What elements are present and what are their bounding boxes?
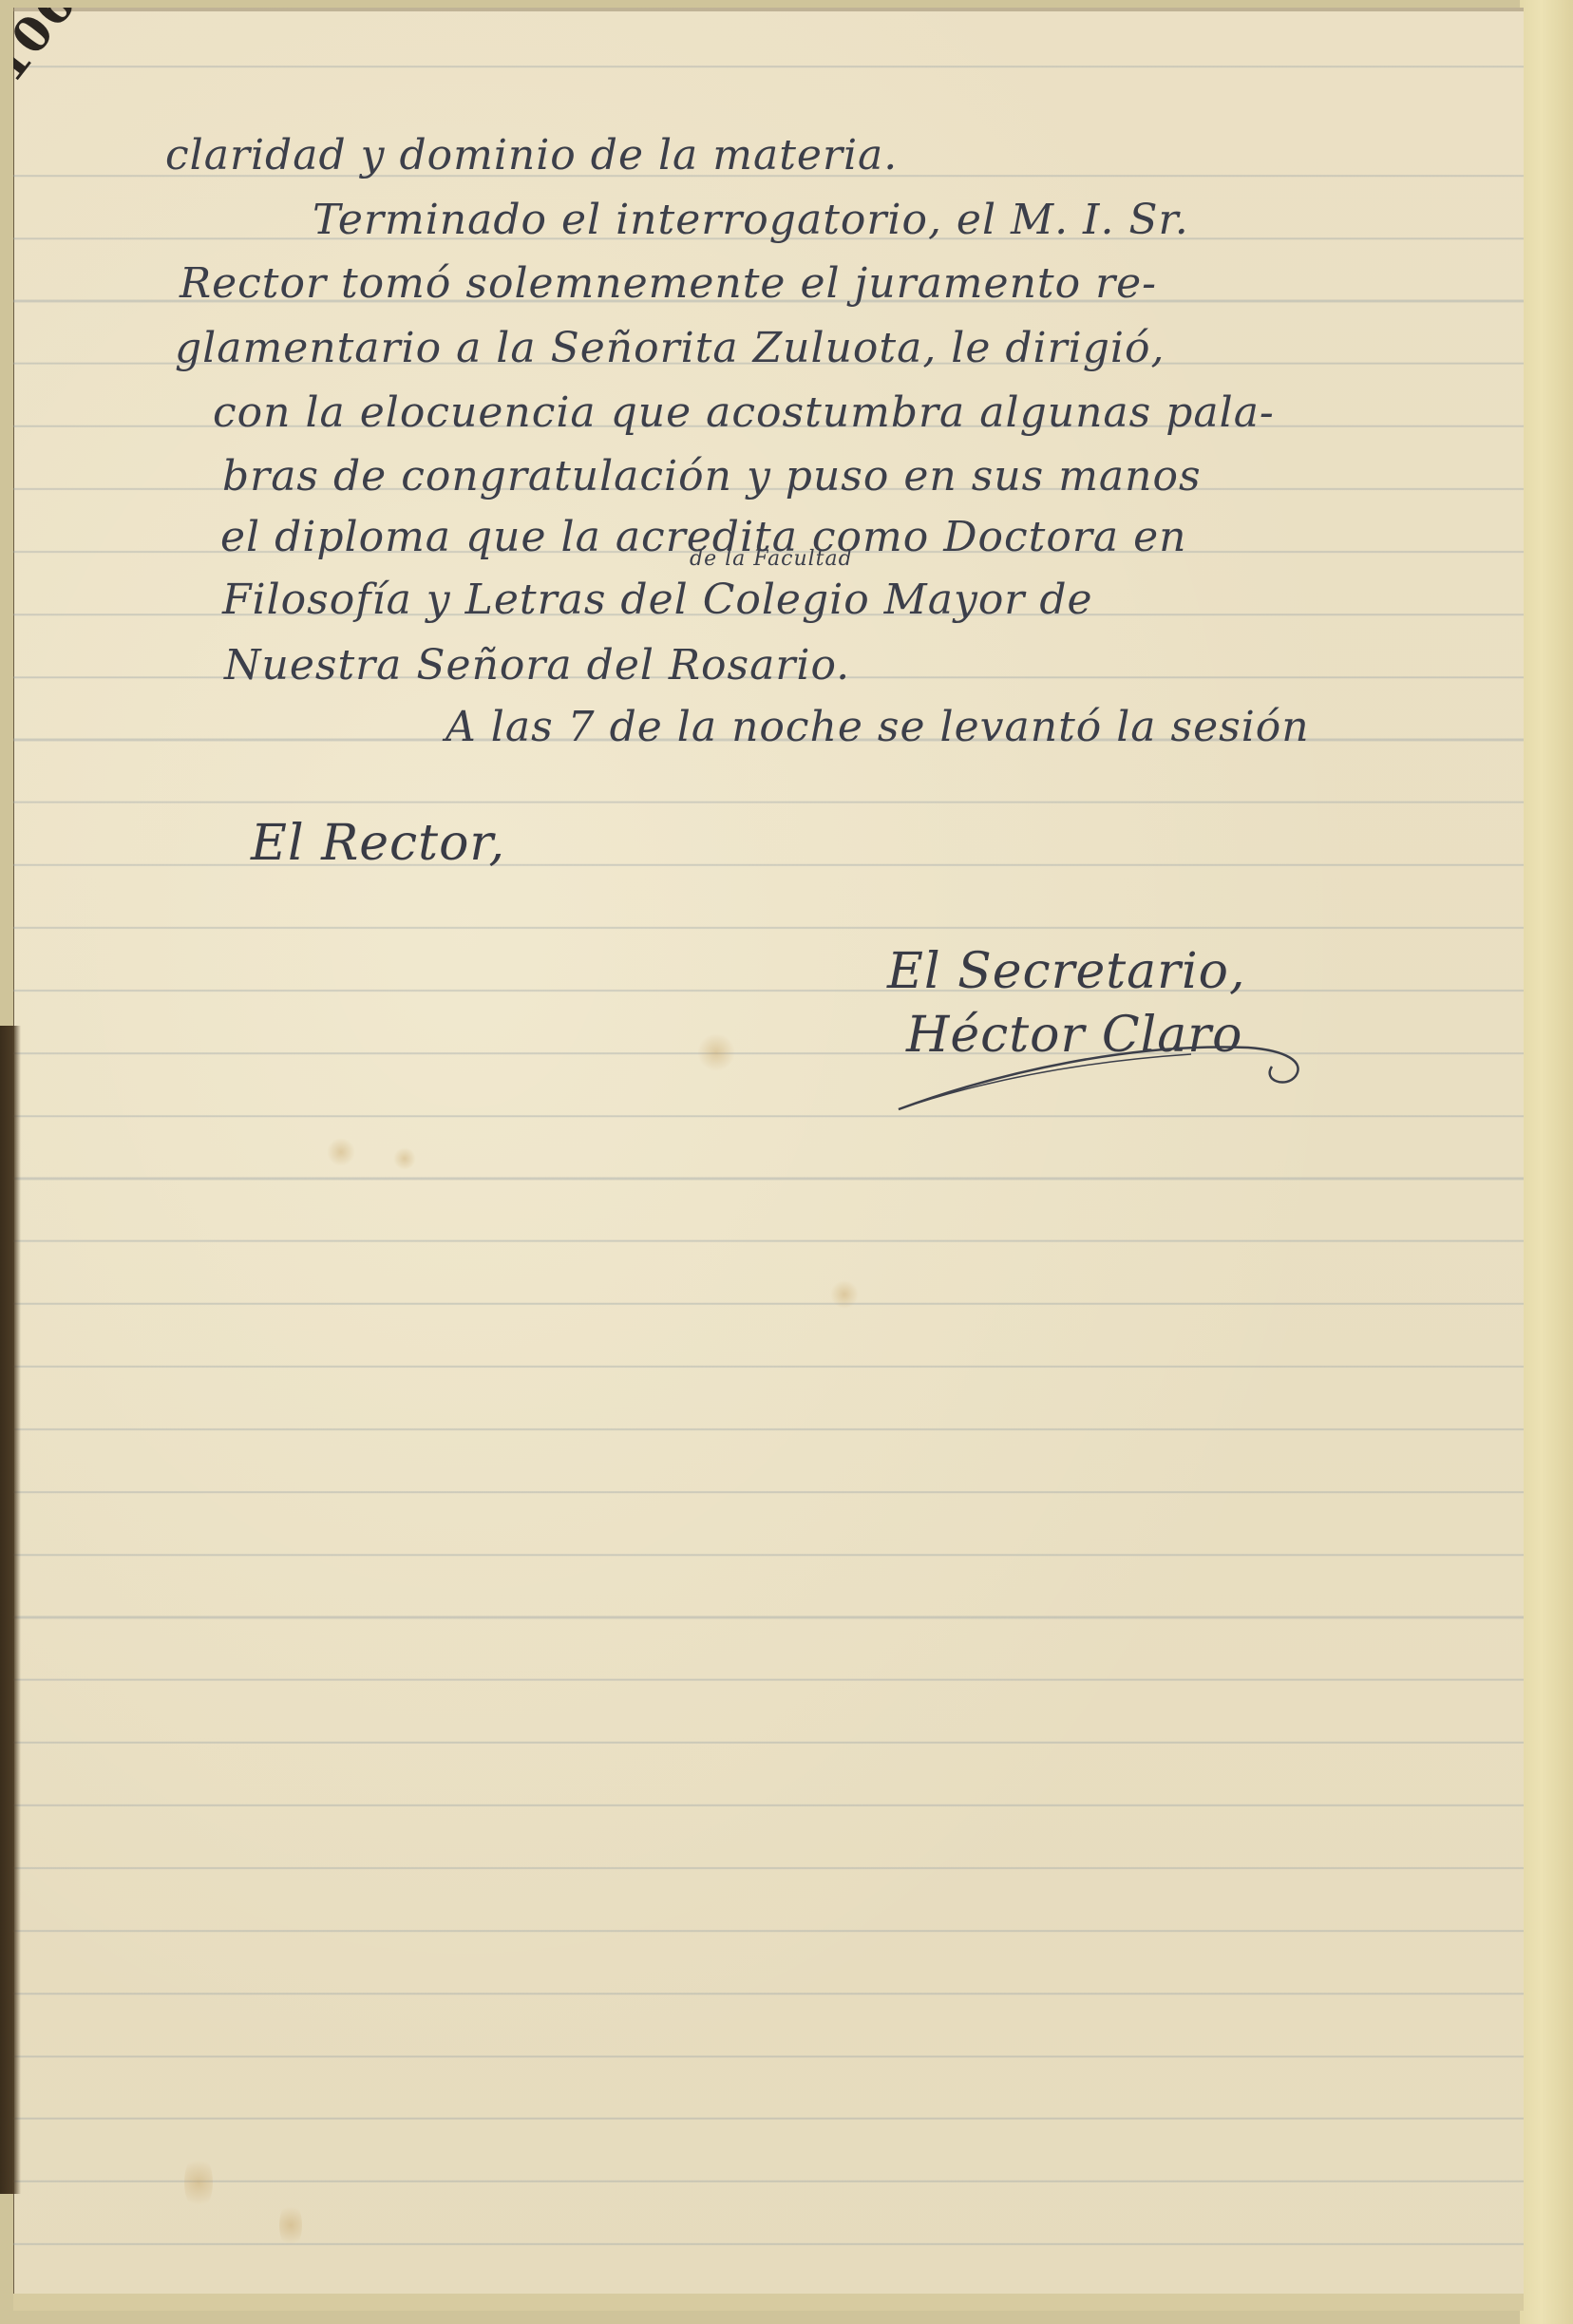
paper-stain (830, 1280, 859, 1309)
body-line-10: A las 7 de la noche se levantó la sesión (445, 703, 1310, 751)
secretary-title: El Secretario, (887, 943, 1246, 1000)
document-scan: 106 claridad y dominio de la materia. Te… (0, 0, 1573, 2324)
rector-signature: El Rector, (251, 815, 505, 872)
manuscript-page: 106 claridad y dominio de la materia. Te… (13, 8, 1524, 2311)
body-line-8: Filosofía y Letras del Colegio Mayor de (222, 576, 1093, 624)
torn-left-edge (0, 1026, 21, 2194)
body-line-3: Rector tomó solemnemente el juramento re… (180, 259, 1157, 308)
signature-flourish-icon (887, 1005, 1324, 1119)
body-line-4: glamentario a la Señorita Zuluota, le di… (175, 324, 1165, 372)
paper-stain (393, 1147, 416, 1170)
paper-stain (184, 2154, 213, 2211)
body-line-1: claridad y dominio de la materia. (165, 131, 898, 179)
paper-stain (327, 1138, 355, 1166)
body-line-6: bras de congratulación y puso en sus man… (222, 452, 1202, 501)
body-line-2: Terminado el interrogatorio, el M. I. Sr… (313, 196, 1189, 244)
body-line-5: con la elocuencia que acostumbra algunas… (213, 388, 1275, 437)
torn-bottom-edge (13, 2294, 1524, 2311)
body-line-9: Nuestra Señora del Rosario. (224, 641, 850, 690)
paper-stain (697, 1033, 735, 1071)
underlying-page-strip (1520, 0, 1573, 2324)
interlinear-insertion: de la Facultad (690, 547, 853, 571)
paper-stain (279, 2201, 302, 2249)
